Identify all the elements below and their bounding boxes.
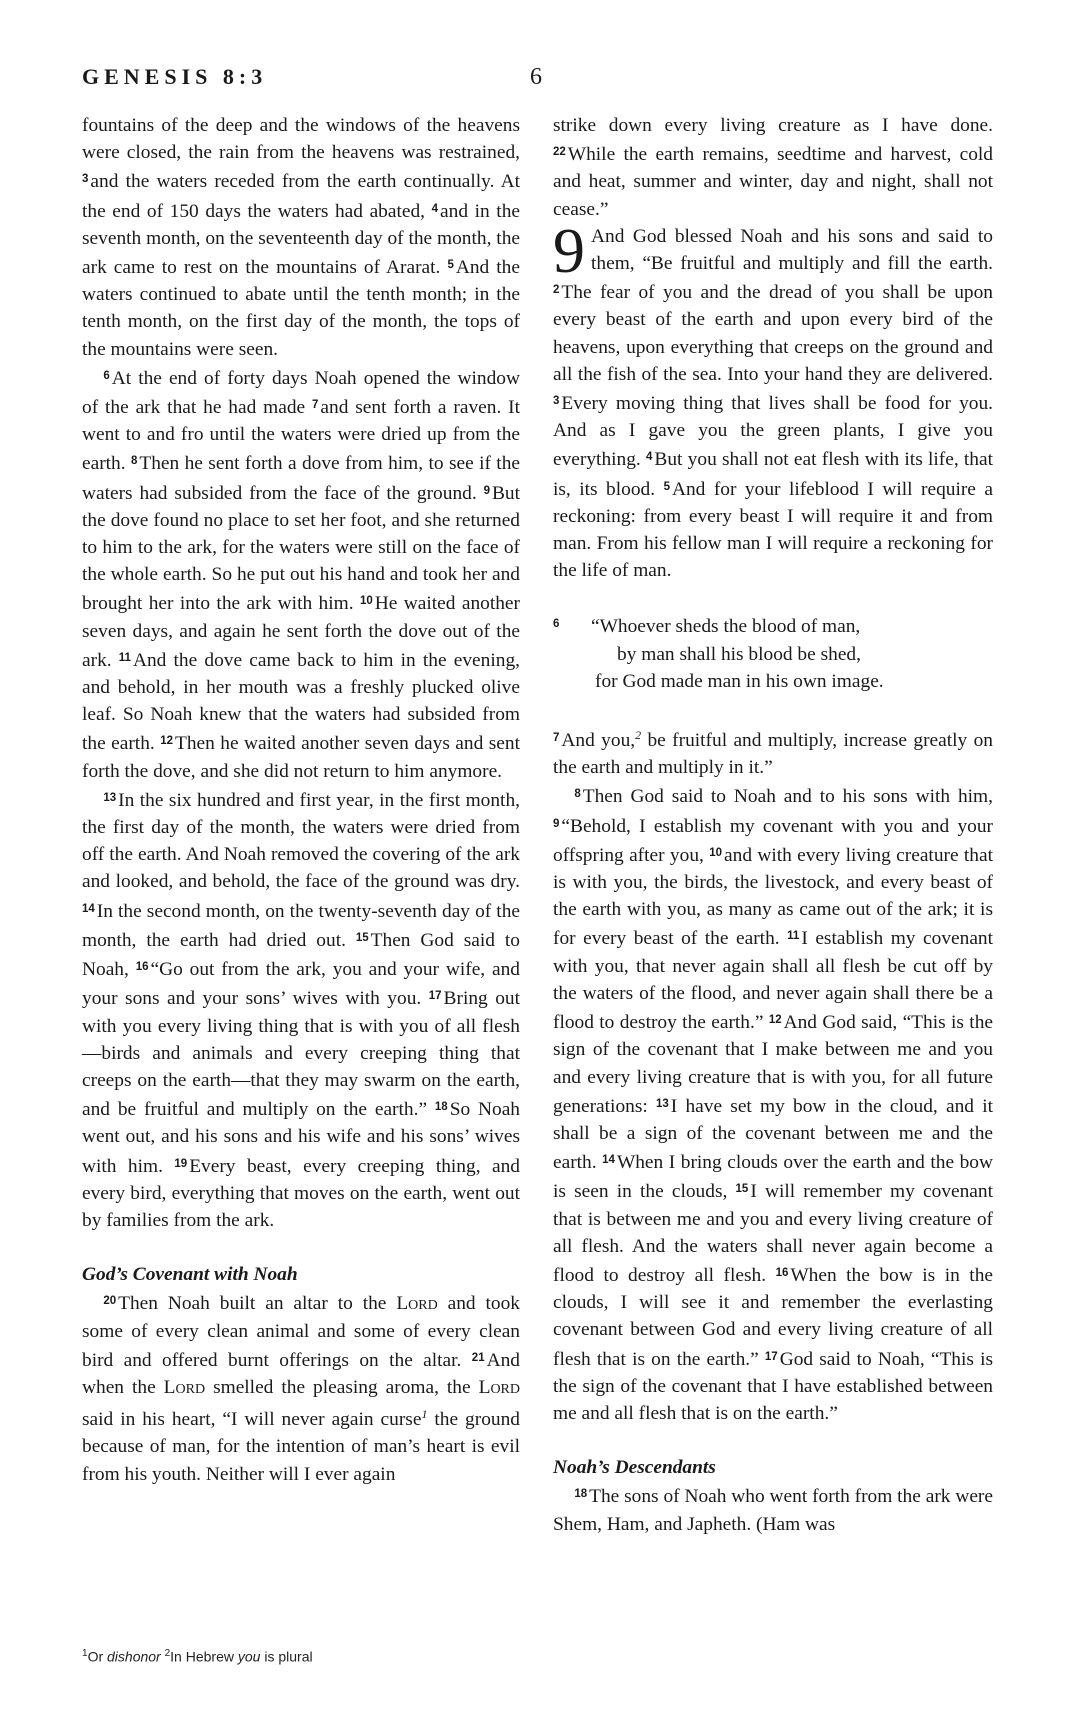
verse-number: 7 (553, 732, 559, 744)
verse-number: 19 (174, 1158, 187, 1170)
verse-number: 12 (160, 735, 173, 747)
text: “Whoever sheds the blood of man, (591, 616, 860, 637)
page-header: GENESIS 8:3 6 (82, 64, 542, 94)
text: In the six hundred and first year, in th… (82, 790, 520, 893)
verse-number: 2 (553, 284, 559, 296)
text: While the earth remains, seedtime and ha… (553, 144, 993, 219)
verse-number: 9 (484, 485, 490, 497)
paragraph: 9And God blessed Noah and his sons and s… (553, 223, 993, 585)
verse-number: 7 (312, 399, 318, 411)
verse-number: 8 (131, 455, 137, 467)
verse-number: 6 (553, 611, 589, 638)
verse-number: 14 (602, 1154, 615, 1166)
verse-number: 11 (119, 652, 131, 664)
paragraph: 8Then God said to Noah and to his sons w… (553, 781, 993, 1427)
text: you (238, 1649, 261, 1665)
divine-name: Lord (396, 1293, 437, 1314)
verse-number: 16 (136, 961, 149, 973)
section-heading: Noah’s Descendants (553, 1454, 993, 1481)
section-heading: God’s Covenant with Noah (82, 1261, 520, 1288)
text: smelled the pleasing aroma, the (205, 1377, 479, 1398)
verse-number: 15 (736, 1183, 749, 1195)
left-column: fountains of the deep and the windows of… (82, 112, 520, 1488)
verse-number: 21 (472, 1352, 485, 1364)
text: fountains of the deep and the windows of… (82, 115, 520, 163)
verse-number: 18 (574, 1488, 587, 1500)
text: said in his heart, “I will never again c… (82, 1409, 421, 1430)
verse-number: 4 (432, 203, 438, 215)
text: And you, (561, 730, 635, 751)
page-number: 6 (530, 64, 542, 91)
paragraph: strike down every living creature as I h… (553, 112, 993, 223)
footnotes: 1Or dishonor 2In Hebrew you is plural (82, 1648, 313, 1665)
text: dishonor (107, 1649, 161, 1665)
verse-number: 3 (553, 395, 559, 407)
text: Then Noah built an altar to the (118, 1293, 396, 1314)
paragraph: 18The sons of Noah who went forth from t… (553, 1481, 993, 1537)
text: The sons of Noah who went forth from the… (553, 1486, 993, 1534)
text: The fear of you and the dread of you sha… (553, 282, 993, 385)
text: Then he sent forth a dove from him, to s… (82, 453, 520, 503)
paragraph: fountains of the deep and the windows of… (82, 112, 520, 363)
divine-name: Lord (479, 1377, 520, 1398)
text: And God blessed Noah and his sons and sa… (591, 226, 993, 274)
verse-number: 3 (82, 173, 88, 185)
verse-number: 16 (776, 1267, 789, 1279)
text: Or (88, 1649, 107, 1665)
verse-number: 15 (356, 932, 369, 944)
verse-number: 22 (553, 146, 566, 158)
verse-number: 10 (360, 595, 373, 607)
text: In Hebrew (170, 1649, 238, 1665)
verse-number: 20 (103, 1295, 116, 1307)
verse-number: 5 (447, 259, 453, 271)
poem-line: for God made man in his own image. (553, 668, 993, 695)
paragraph: 6At the end of forty days Noah opened th… (82, 363, 520, 785)
running-head: GENESIS 8:3 (82, 64, 267, 90)
divine-name: Lord (164, 1377, 205, 1398)
poem-line: 6“Whoever sheds the blood of man, (553, 611, 993, 640)
paragraph: 13In the six hundred and first year, in … (82, 785, 520, 1234)
chapter-number: 9 (553, 226, 585, 276)
verse-number: 4 (646, 451, 652, 463)
poetry-block: 6“Whoever sheds the blood of man, by man… (553, 611, 993, 695)
text: Then God said to Noah and to his sons wi… (583, 786, 993, 807)
verse-number: 5 (664, 481, 670, 493)
verse-number: 18 (435, 1101, 448, 1113)
text: is plural (260, 1649, 312, 1665)
text: strike down every living creature as I h… (553, 115, 993, 136)
verse-number: 11 (787, 930, 799, 942)
verse-number: 13 (656, 1098, 669, 1110)
paragraph: 20Then Noah built an altar to the Lord a… (82, 1288, 520, 1487)
verse-number: 8 (574, 788, 580, 800)
paragraph: 7And you,2 be fruitful and multiply, inc… (553, 722, 993, 781)
verse-number: 14 (82, 903, 95, 915)
verse-number: 9 (553, 818, 559, 830)
verse-number: 17 (765, 1351, 778, 1363)
verse-number: 10 (709, 847, 722, 859)
right-column: strike down every living creature as I h… (553, 112, 993, 1538)
verse-number: 13 (103, 792, 116, 804)
verse-number: 12 (769, 1014, 782, 1026)
verse-number: 6 (103, 370, 109, 382)
poem-line: by man shall his blood be shed, (553, 641, 993, 668)
verse-number: 17 (429, 990, 442, 1002)
